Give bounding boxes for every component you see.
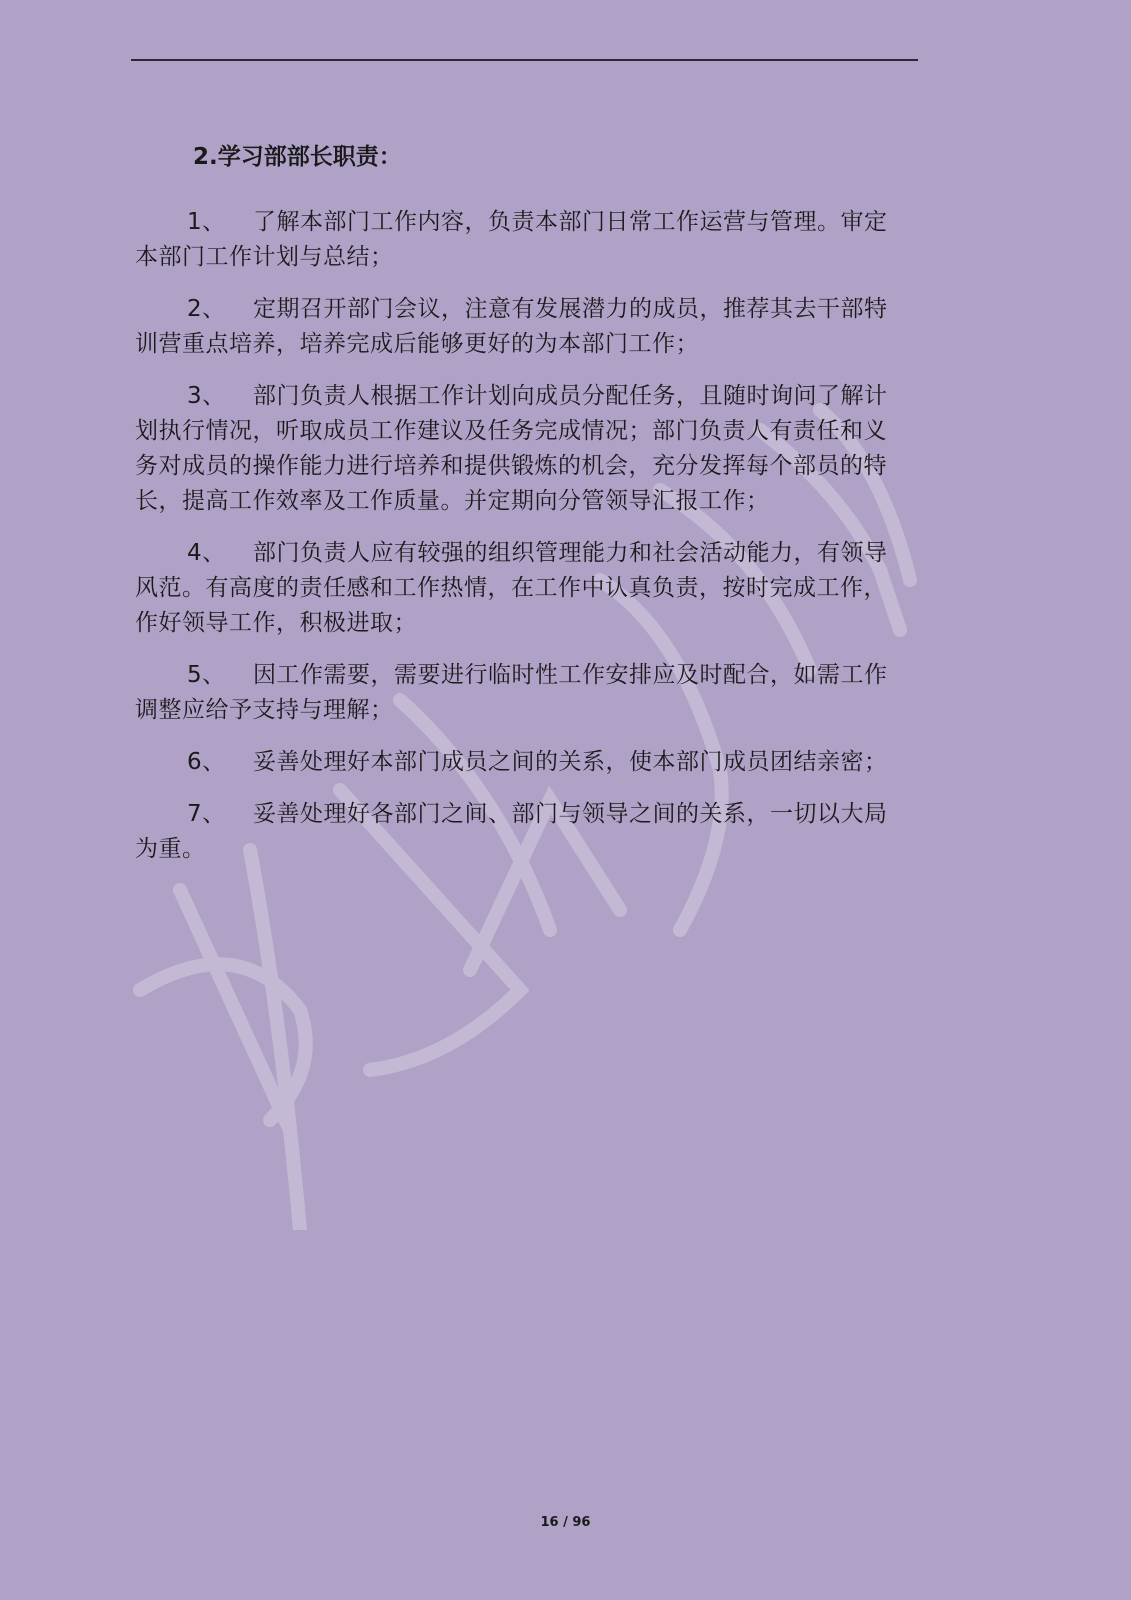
duties-list: 1、了解本部门工作内容，负责本部门日常工作运营与管理。审定本部门工作计划与总结；…	[135, 205, 905, 884]
section-title: 2.学习部部长职责：	[193, 138, 402, 171]
duty-item-5: 5、因工作需要，需要进行临时性工作安排应及时配合，如需工作调整应给予支持与理解；	[135, 658, 905, 728]
duty-item-1: 1、了解本部门工作内容，负责本部门日常工作运营与管理。审定本部门工作计划与总结；	[135, 205, 905, 275]
header-rule	[131, 59, 918, 61]
item-number: 4、	[187, 536, 253, 571]
item-number: 3、	[187, 379, 253, 414]
item-number: 7、	[187, 797, 253, 832]
duty-item-4: 4、部门负责人应有较强的组织管理能力和社会活动能力，有领导风范。有高度的责任感和…	[135, 536, 905, 641]
item-number: 2、	[187, 292, 253, 327]
item-number: 6、	[187, 745, 253, 780]
duty-item-7: 7、妥善处理好各部门之间、部门与领导之间的关系，一切以大局为重。	[135, 797, 905, 867]
item-number: 1、	[187, 205, 253, 240]
duty-item-2: 2、定期召开部门会议，注意有发展潜力的成员，推荐其去干部特训营重点培养，培养完成…	[135, 292, 905, 362]
duty-item-3: 3、部门负责人根据工作计划向成员分配任务，且随时询问了解计划执行情况，听取成员工…	[135, 379, 905, 519]
page-number: 16 / 96	[0, 1515, 1131, 1530]
item-text: 妥善处理好本部门成员之间的关系，使本部门成员团结亲密；	[253, 749, 888, 775]
duty-item-6: 6、妥善处理好本部门成员之间的关系，使本部门成员团结亲密；	[135, 745, 905, 780]
item-number: 5、	[187, 658, 253, 693]
